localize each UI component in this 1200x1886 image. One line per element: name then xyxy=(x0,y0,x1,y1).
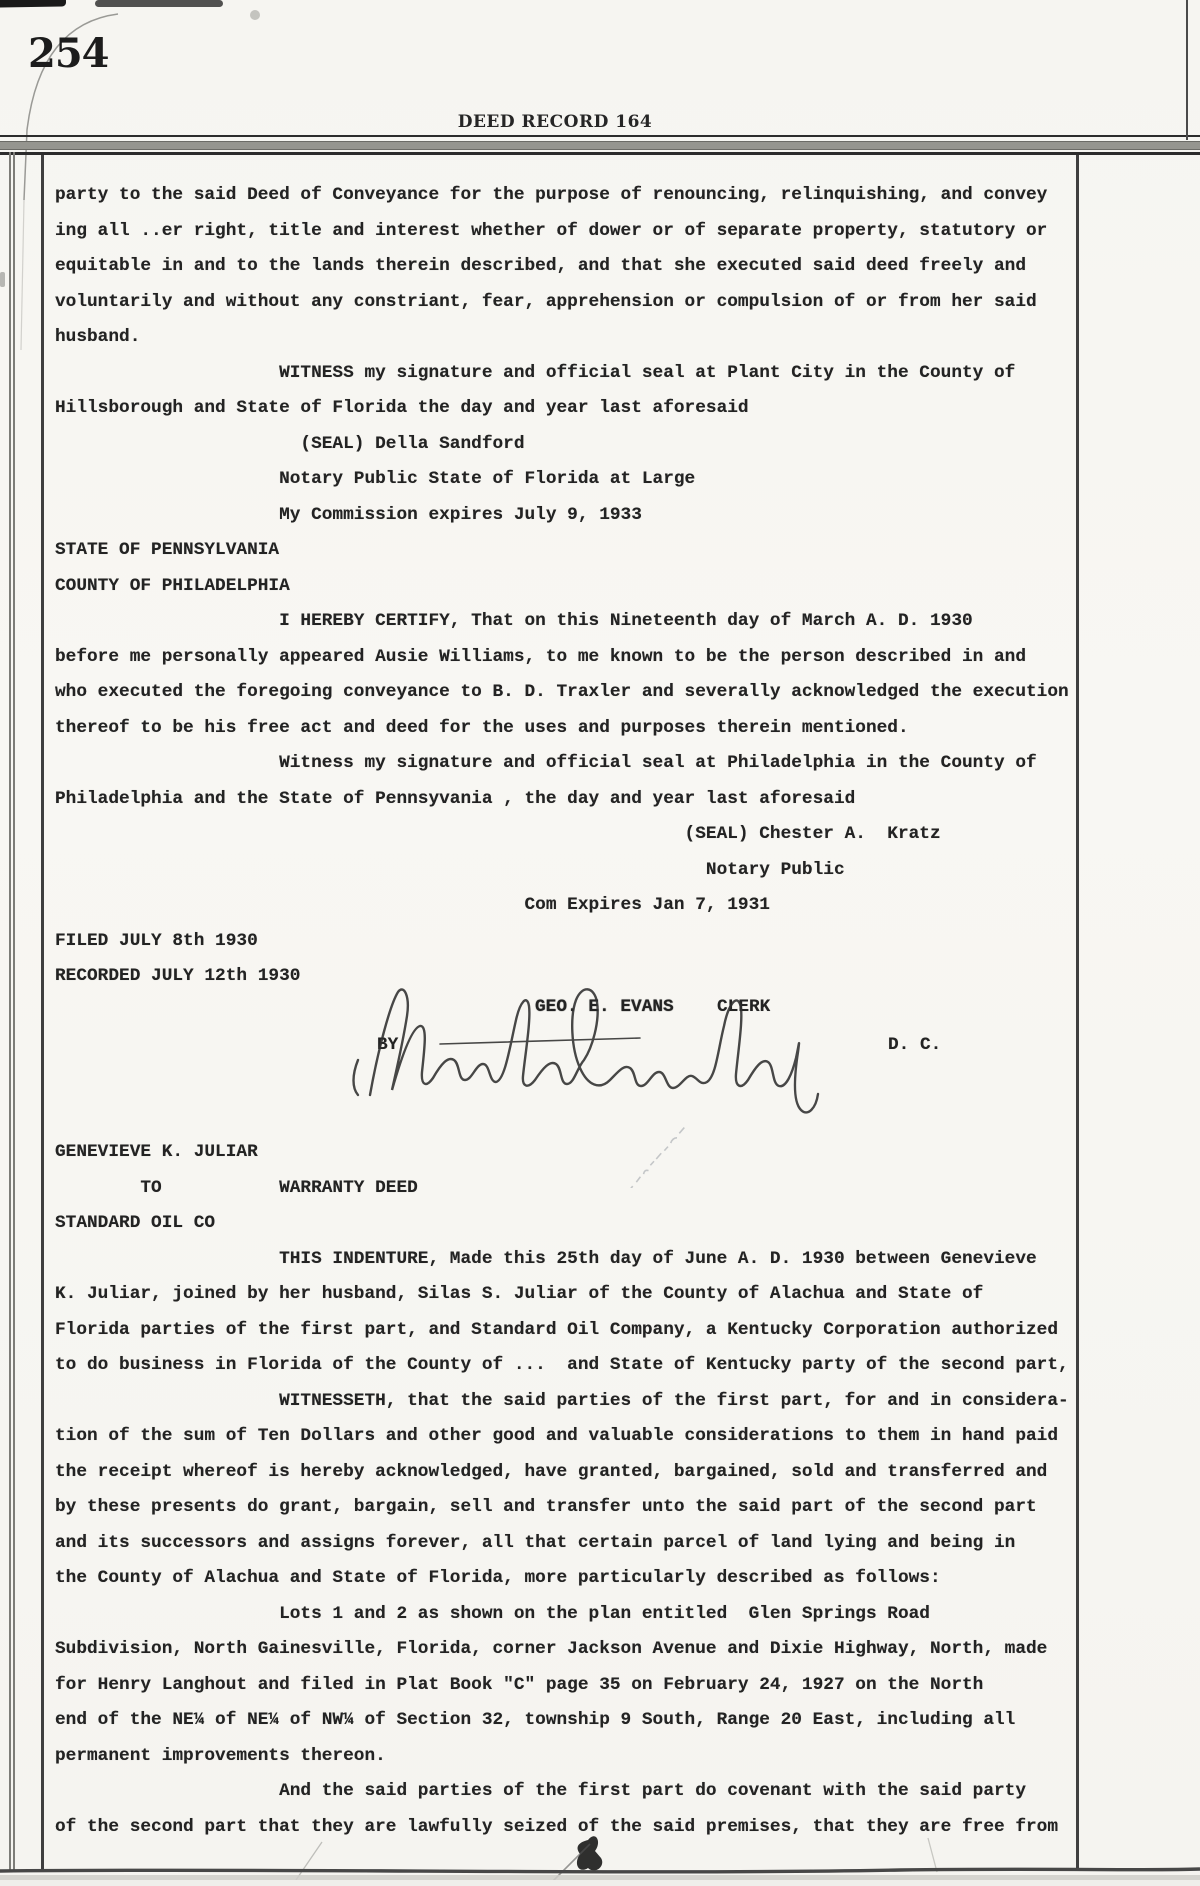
bottom-artifacts xyxy=(0,0,1200,1886)
deed-record-page: 254 DEED RECORD 164 party to the said De… xyxy=(0,0,1200,1886)
left-margin-tick xyxy=(0,272,5,287)
